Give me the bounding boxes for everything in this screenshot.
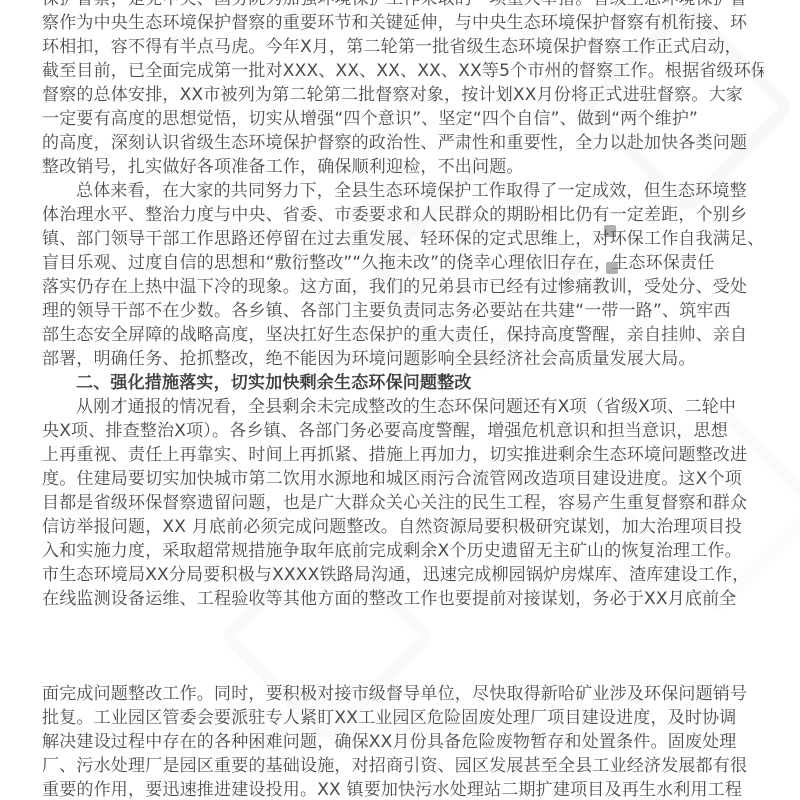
text-line: 解决建设过程中存在的各种困难问题，确保XX月份具备危险废物暂存和处置条件。固废处… bbox=[42, 730, 764, 754]
text-line: 总体来看，在大家的共同努力下，全县生态环境保护工作取得了一定成效，但生态环境整 bbox=[42, 179, 764, 203]
text-line: 部生态安全屏障的战略高度，坚决扛好生态保护的重大责任，保持高度警醒，亲自挂帅、亲… bbox=[42, 323, 764, 347]
text-line: 督察的总体安排，XX市被列为第二轮第二批督察对象，按计划XX月份将正式进驻督察。… bbox=[42, 83, 764, 107]
section-heading: 二、强化措施落实，切实加快剩余生态环保问题整改 bbox=[42, 371, 764, 395]
text-line: 目都是省级环保督察遗留问题，也是广大群众关心关注的民生工程，容易产生重复督察和群… bbox=[42, 491, 764, 515]
text-line: 落实仍存在上热中温下冷的现象。这方面，我们的兄弟县市已经有过惨痛教训，受处分、受… bbox=[42, 275, 764, 299]
text-line: 体治理水平、整治力度与中央、省委、市委要求和人民群众的期盼相比仍有一定差距，个别… bbox=[42, 203, 764, 227]
text-line: 理的领导干部不在少数。各乡镇、各部门主要负责同志务必要站在共建“一带一路”、筑牢… bbox=[42, 299, 764, 323]
page-2-text: 面完成问题整改工作。同时，要积极对接市级督导单位，尽快取得新哈矿业涉及环保问题销… bbox=[42, 682, 764, 800]
text-line: 保护督察，是党中央、国务院为加强环境保护工作采取的一项重大举措。省级生态环境保护… bbox=[42, 0, 764, 11]
text-line: 在线监测设备运维、工程验收等其他方面的整改工作也要提前对接谋划，务必于XX月底前… bbox=[42, 587, 764, 611]
text-line: 整改销号，扎实做好各项准备工作，确保顺利迎检，不出问题。 bbox=[42, 155, 764, 179]
text-line: 上再重视、责任上再靠实、时间上再抓紧、措施上再加力，切实推进剩余生态环境问题整改… bbox=[42, 443, 764, 467]
text-line: 察作为中央生态环境保护督察的重要环节和关键延伸，与中央生态环境保护督察有机衔接、… bbox=[42, 11, 764, 35]
text-line: 厂、污水处理厂是园区重要的基础设施，对招商引资、园区发展甚至全县工业经济发展都有… bbox=[42, 754, 764, 778]
text-line: 面完成问题整改工作。同时，要积极对接市级督导单位，尽快取得新哈矿业涉及环保问题销… bbox=[42, 682, 764, 706]
text-line: 的高度，深刻认识省级生态环境保护督察的政治性、严肃性和重要性，全力以赴加快各类问… bbox=[42, 131, 764, 155]
text-line: 重要的作用，要迅速推进建设投用。XX 镇要加快污水处理站二期扩建项目及再生水利用… bbox=[42, 778, 764, 800]
text-line: 央X项、排查整治X项）。各乡镇、各部门务必要高度警醒，增强危机意识和担当意识，思… bbox=[42, 419, 764, 443]
text-line: 盲目乐观、过度自信的思想和“敷衍整改”“久拖未改”的侥幸心理依旧存在，生态环保责… bbox=[42, 251, 764, 275]
page-1-text: 保护督察，是党中央、国务院为加强环境保护工作采取的一项重大举措。省级生态环境保护… bbox=[42, 0, 764, 611]
document-page: 保护督察，是党中央、国务院为加强环境保护工作采取的一项重大举措。省级生态环境保护… bbox=[0, 0, 800, 800]
text-line: 从刚才通报的情况看，全县剩余未完成整改的生态环保问题还有X项（省级X项、二轮中 bbox=[42, 395, 764, 419]
text-line: 部署，明确任务、抢抓整改，绝不能因为环境问题影响全县经济社会高质量发展大局。 bbox=[42, 347, 764, 371]
text-line: 一定要有高度的思想觉悟，切实从增强“四个意识”、坚定“四个自信”、做到“两个维护… bbox=[42, 107, 764, 131]
text-line: 截至目前，已全面完成第一批对XXX、XX、XX、XX、XX等5个市州的督察工作。… bbox=[42, 59, 764, 83]
text-line: 信访举报问题，XX 月底前必须完成问题整改。自然资源局要积极研究谋划，加大治理项… bbox=[42, 515, 764, 539]
text-line: 镇、部门领导干部工作思路还停留在过去重发展、轻环保的定式思维上，对环保工作自我满… bbox=[42, 227, 764, 251]
text-line: 入和实施力度，采取超常规措施争取年底前完成剩余X个历史遗留无主矿山的恢复治理工作… bbox=[42, 539, 764, 563]
text-line: 环相扣，容不得有半点马虎。今年X月，第二轮第一批省级生态环境保护督察工作正式启动… bbox=[42, 35, 764, 59]
text-line: 市生态环境局XX分局要积极与XXXX铁路局沟通，迅速完成柳园锅炉房煤库、渣库建设… bbox=[42, 563, 764, 587]
text-line: 度。住建局要切实加快城市第二饮用水源地和城区雨污合流管网改造项目建设进度。这X个… bbox=[42, 467, 764, 491]
text-line: 批复。工业园区管委会要派驻专人紧盯XX工业园区危险固废处理厂项目建设进度，及时协… bbox=[42, 706, 764, 730]
